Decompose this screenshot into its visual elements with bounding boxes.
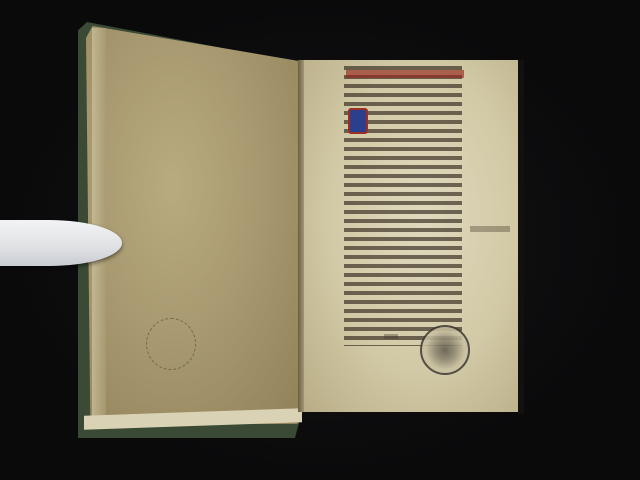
illuminated-initial — [348, 108, 368, 134]
marginal-note — [470, 226, 510, 232]
pencil-annotation — [384, 334, 398, 339]
right-page-shadow — [518, 60, 524, 414]
rubricated-incipit — [346, 70, 464, 78]
parchment-stain — [146, 318, 196, 370]
left-flyleaf-page — [86, 26, 304, 424]
library-stamp-icon — [420, 325, 470, 375]
